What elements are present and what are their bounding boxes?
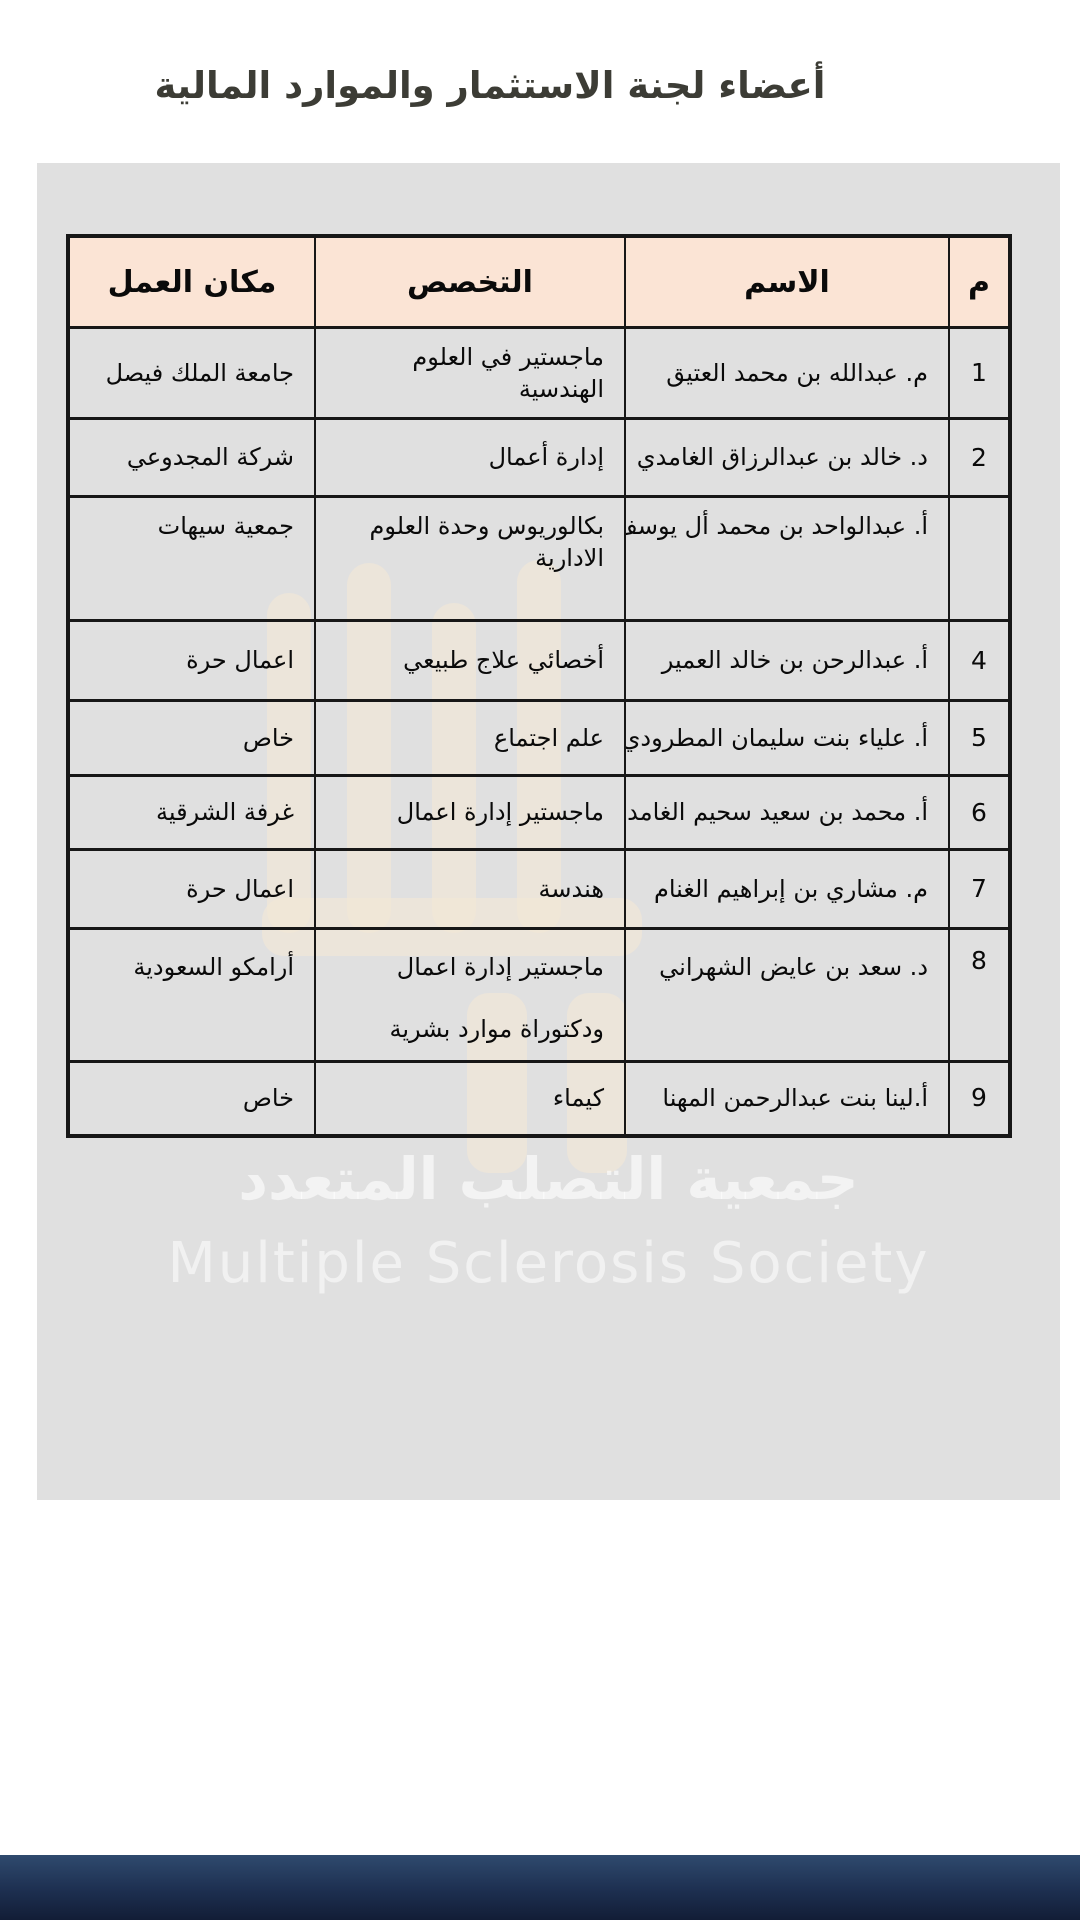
table-row: 4 أ. عبدالرحن بن خالد العمير أخصائي علاج… [68, 621, 1010, 701]
cell-specialty: علم اجتماع [315, 701, 625, 776]
header-name: الاسم [625, 236, 949, 328]
cell-name: أ. عبدالرحن بن خالد العمير [625, 621, 949, 701]
cell-index: 9 [949, 1062, 1010, 1136]
cell-specialty: ماجستير إدارة اعمال [315, 776, 625, 850]
cell-workplace: خاص [68, 701, 315, 776]
cell-specialty: بكالوريوس وحدة العلوم الادارية [315, 497, 625, 621]
bottom-accent-bar [0, 1855, 1080, 1920]
table-row: 7 م. مشاري بن إبراهيم الغنام هندسة اعمال… [68, 850, 1010, 929]
cell-name: م. عبدالله بن محمد العتيق [625, 328, 949, 419]
cell-index: 8 [949, 929, 1010, 1062]
cell-specialty: هندسة [315, 850, 625, 929]
cell-specialty: أخصائي علاج طبيعي [315, 621, 625, 701]
cell-index: 7 [949, 850, 1010, 929]
table-row: 2 د. خالد بن عبدالرزاق الغامدي إدارة أعم… [68, 419, 1010, 497]
watermark-arabic-text: جمعية التصلب المتعدد [37, 1145, 1060, 1213]
table-row: 8 د. سعد بن عايض الشهراني ماجستير إدارة … [68, 929, 1010, 1062]
watermark-english-text: Multiple Sclerosis Society [37, 1231, 1060, 1296]
cell-workplace: غرفة الشرقية [68, 776, 315, 850]
cell-workplace: جامعة الملك فيصل [68, 328, 315, 419]
cell-specialty: كيماء [315, 1062, 625, 1136]
cell-name: أ. علياء بنت سليمان المطرودي [625, 701, 949, 776]
table-row: 6 أ. محمد بن سعيد سحيم الغامدي ماجستير إ… [68, 776, 1010, 850]
table-header-row: م الاسم التخصص مكان العمل [68, 236, 1010, 328]
cell-workplace: أرامكو السعودية [68, 929, 315, 1062]
cell-workplace: شركة المجدوعي [68, 419, 315, 497]
cell-index: 4 [949, 621, 1010, 701]
cell-index: 2 [949, 419, 1010, 497]
cell-index: 5 [949, 701, 1010, 776]
cell-name: م. مشاري بن إبراهيم الغنام [625, 850, 949, 929]
content-panel: م الاسم التخصص مكان العمل 1 م. عبدالله ب… [37, 163, 1060, 1500]
members-table: م الاسم التخصص مكان العمل 1 م. عبدالله ب… [66, 234, 1012, 1138]
cell-workplace: اعمال حرة [68, 621, 315, 701]
table-row: أ. عبدالواحد بن محمد أل يوسف بكالوريوس و… [68, 497, 1010, 621]
header-specialty: التخصص [315, 236, 625, 328]
cell-workplace: خاص [68, 1062, 315, 1136]
cell-specialty: ماجستير إدارة اعمال ودكتوراة موارد بشرية [315, 929, 625, 1062]
cell-name: أ. محمد بن سعيد سحيم الغامدي [625, 776, 949, 850]
cell-specialty: إدارة أعمال [315, 419, 625, 497]
cell-specialty: ماجستير في العلوم الهندسية [315, 328, 625, 419]
cell-name: أ.لينا بنت عبدالرحمن المهنا [625, 1062, 949, 1136]
cell-name: أ. عبدالواحد بن محمد أل يوسف [625, 497, 949, 621]
cell-index: 6 [949, 776, 1010, 850]
table-row: 5 أ. علياء بنت سليمان المطرودي علم اجتما… [68, 701, 1010, 776]
page-title: أعضاء لجنة الاستثمار والموارد المالية [0, 64, 980, 107]
cell-index [949, 497, 1010, 621]
cell-workplace: اعمال حرة [68, 850, 315, 929]
header-index: م [949, 236, 1010, 328]
header-workplace: مكان العمل [68, 236, 315, 328]
table-row: 9 أ.لينا بنت عبدالرحمن المهنا كيماء خاص [68, 1062, 1010, 1136]
table-row: 1 م. عبدالله بن محمد العتيق ماجستير في ا… [68, 328, 1010, 419]
cell-index: 1 [949, 328, 1010, 419]
cell-name: د. خالد بن عبدالرزاق الغامدي [625, 419, 949, 497]
cell-name: د. سعد بن عايض الشهراني [625, 929, 949, 1062]
cell-workplace: جمعية سيهات [68, 497, 315, 621]
